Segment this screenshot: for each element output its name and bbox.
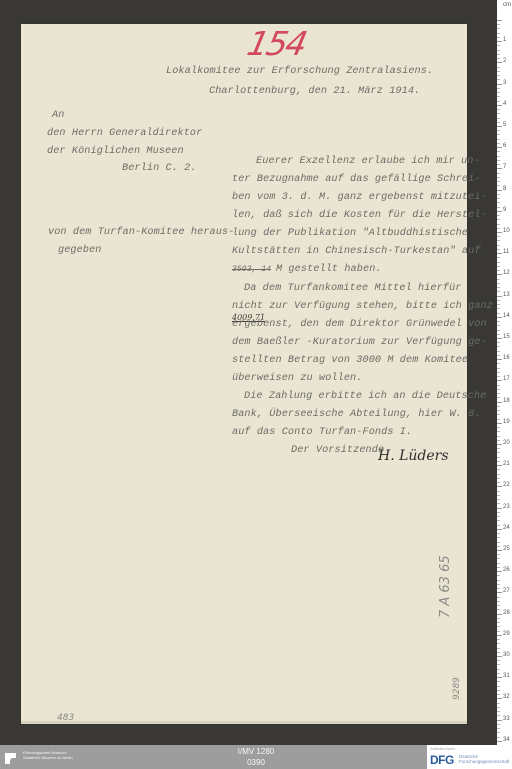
ruler-tick — [497, 50, 500, 51]
ruler-tick — [497, 537, 500, 538]
ruler-tick — [497, 414, 500, 415]
pencil-bottom-note: 483 — [57, 713, 74, 723]
ruler-tick — [497, 457, 500, 458]
ruler-tick — [497, 491, 500, 492]
ruler-tick — [497, 436, 500, 437]
ruler-tick — [497, 257, 500, 258]
ruler-tick — [497, 194, 500, 195]
recipient-line: der Königlichen Museen — [47, 146, 184, 157]
ruler-tick — [497, 626, 500, 627]
ruler-tick — [497, 664, 500, 665]
ruler-tick — [497, 45, 500, 46]
ruler-tick — [497, 554, 500, 555]
ruler-tick — [497, 486, 502, 487]
ruler-tick — [497, 88, 500, 89]
ruler-tick — [497, 317, 502, 318]
ruler-tick — [497, 41, 502, 42]
letterhead-date: Charlottenburg, den 21. März 1914. — [209, 86, 420, 97]
ruler-tick — [497, 478, 500, 479]
ruler-tick — [497, 571, 502, 572]
ruler-tick — [497, 71, 500, 72]
ruler-tick — [497, 62, 502, 63]
ruler-tick — [497, 542, 500, 543]
ruler-tick — [497, 33, 500, 34]
ruler-tick — [497, 134, 500, 135]
ruler-tick — [497, 694, 500, 695]
pencil-inventory-note: 7 A 63 65 — [438, 555, 453, 618]
ruler-tick — [497, 703, 500, 704]
ruler-tick — [497, 321, 500, 322]
ruler-label: 20 — [503, 440, 510, 446]
ruler-label: 34 — [503, 737, 510, 743]
ruler-label: 11 — [503, 249, 509, 255]
ruler-tick — [497, 597, 500, 598]
ruler-tick — [497, 240, 500, 241]
ruler-label: 25 — [503, 546, 510, 552]
ruler-tick — [497, 300, 500, 301]
ruler-tick — [497, 190, 502, 191]
ruler-tick — [497, 677, 502, 678]
ruler-tick — [497, 92, 500, 93]
ruler-label: 4 — [503, 101, 506, 107]
ruler-tick — [497, 732, 500, 733]
ruler-tick — [497, 520, 500, 521]
ruler-tick — [497, 143, 500, 144]
ruler-tick — [497, 406, 500, 407]
ruler-tick — [497, 359, 502, 360]
ruler-tick — [497, 151, 500, 152]
ruler-tick — [497, 105, 502, 106]
ruler-tick — [497, 673, 500, 674]
ruler-tick — [497, 380, 502, 381]
ruler-tick — [497, 448, 500, 449]
ruler-tick — [497, 164, 500, 165]
ruler-tick — [497, 266, 500, 267]
ruler-tick — [497, 635, 502, 636]
ruler-tick — [497, 84, 502, 85]
ruler-tick — [497, 469, 500, 470]
ruler-tick — [497, 512, 500, 513]
ruler-tick — [497, 168, 502, 169]
letterhead-organization: Lokalkomitee zur Erforschung Zentralasie… — [166, 66, 433, 77]
ruler-label: 31 — [503, 673, 510, 679]
ruler-tick — [497, 427, 500, 428]
ruler-label: 1 — [503, 37, 506, 43]
ruler-tick — [497, 113, 500, 114]
ruler-tick — [497, 122, 500, 123]
ruler-tick — [497, 185, 500, 186]
ruler-tick — [497, 219, 500, 220]
ruler-tick — [497, 614, 502, 615]
ruler-tick — [497, 147, 502, 148]
ruler-tick — [497, 368, 500, 369]
ruler-tick — [497, 232, 502, 233]
body-line: Da dem Turfankomitee Mittel hierfür — [244, 283, 461, 294]
ruler-label: 19 — [503, 419, 510, 425]
ruler-tick — [497, 533, 500, 534]
ruler-tick — [497, 215, 500, 216]
ruler-tick — [497, 274, 502, 275]
body-line: ergebenst, den dem Direktor Grünwedel vo… — [232, 319, 487, 330]
ruler-label: 33 — [503, 716, 510, 722]
body-line: stellten Betrag von 3000 M dem Komitee — [232, 355, 468, 366]
ruler-tick — [497, 711, 500, 712]
ruler-label: 12 — [503, 270, 510, 276]
ruler-tick — [497, 283, 500, 284]
ruler-tick — [497, 402, 502, 403]
ruler-tick — [497, 558, 500, 559]
ruler-tick — [497, 656, 502, 657]
ruler-tick — [497, 118, 500, 119]
ruler-tick — [497, 728, 500, 729]
ruler-label: 28 — [503, 610, 510, 616]
body-line: auf das Conto Turfan-Fonds I. — [232, 427, 412, 438]
dfg-logo-icon: DFG — [430, 753, 454, 767]
ruler-tick — [497, 28, 500, 29]
ruler-tick — [497, 550, 502, 551]
ruler-tick — [497, 363, 500, 364]
ruler-tick — [497, 648, 500, 649]
ruler-tick — [497, 423, 502, 424]
ruler-tick — [497, 681, 500, 682]
ruler-label: 29 — [503, 631, 510, 637]
ruler-tick — [497, 643, 500, 644]
body-line: len, daß sich die Kosten für die Herstel… — [232, 210, 487, 221]
ruler-label: 27 — [503, 588, 510, 594]
ruler-tick — [497, 291, 500, 292]
measurement-ruler: cm 1234567891011121314151617181920212223… — [497, 0, 512, 745]
ruler-tick — [497, 440, 500, 441]
ruler-label: 6 — [503, 143, 506, 149]
ruler-tick — [497, 334, 500, 335]
closing: Der Vorsitzende — [291, 445, 384, 456]
ruler-tick — [497, 431, 500, 432]
ruler-tick — [497, 270, 500, 271]
ruler-tick — [497, 101, 500, 102]
ruler-tick — [497, 109, 500, 110]
ruler-tick — [497, 287, 500, 288]
ruler-tick — [497, 245, 500, 246]
ruler-tick — [497, 372, 500, 373]
ruler-tick — [497, 584, 500, 585]
ruler-tick — [497, 715, 500, 716]
ruler-tick — [497, 609, 500, 610]
ruler-label: 24 — [503, 525, 510, 531]
ruler-tick — [497, 75, 500, 76]
ruler-label: 23 — [503, 504, 510, 510]
ruler-label: 30 — [503, 652, 510, 658]
ruler-tick — [497, 452, 500, 453]
ruler-label: 22 — [503, 482, 510, 488]
ruler-tick — [497, 279, 500, 280]
ruler-tick — [497, 622, 500, 623]
ruler-tick — [497, 173, 500, 174]
ruler-tick — [497, 37, 500, 38]
ruler-tick — [497, 139, 500, 140]
recipient-line: Berlin C. 2. — [122, 163, 197, 174]
ruler-tick — [497, 631, 500, 632]
ruler-tick — [497, 618, 500, 619]
ruler-tick — [497, 588, 500, 589]
ruler-tick — [497, 503, 500, 504]
ruler-tick — [497, 177, 500, 178]
body-line: lung der Publikation "Altbuddhistische — [232, 228, 468, 239]
ruler-tick — [497, 211, 502, 212]
ruler-label: 26 — [503, 567, 510, 573]
ruler-tick — [497, 461, 500, 462]
recipient-line: An — [52, 110, 64, 121]
ruler-tick — [497, 20, 502, 21]
ruler-tick — [497, 686, 500, 687]
ruler-tick — [497, 181, 500, 182]
body-line: überweisen zu wollen. — [232, 373, 362, 384]
body-line: M gestellt haben. — [276, 264, 382, 275]
ruler-label: 5 — [503, 122, 506, 128]
ruler-tick — [497, 236, 500, 237]
ruler-tick — [497, 482, 500, 483]
ruler-tick — [497, 393, 500, 394]
ruler-tick — [497, 495, 500, 496]
body-line: Kultstätten in Chinesisch-Turkestan" auf — [232, 246, 481, 257]
ruler-tick — [497, 313, 500, 314]
ruler-tick — [497, 253, 502, 254]
ruler-tick — [497, 224, 500, 225]
signature: H. Lüders — [378, 448, 449, 464]
ruler-tick — [497, 296, 502, 297]
dfg-funding-badge: Gefördert durch DFG Deutsche Forschungsg… — [427, 745, 512, 769]
ruler-label: 2 — [503, 58, 506, 64]
ruler-tick — [497, 444, 502, 445]
ruler-label: 13 — [503, 292, 510, 298]
ruler-tick — [497, 720, 502, 721]
ruler-tick — [497, 249, 500, 250]
ruler-tick — [497, 228, 500, 229]
ruler-tick — [497, 54, 500, 55]
struck-amount: 3503, 14 — [232, 265, 271, 274]
ruler-unit: cm — [503, 2, 511, 8]
body-line: nicht zur Verfügung stehen, bitte ich ga… — [232, 301, 493, 312]
body-line: Bank, Überseeische Abteilung, hier W. 8. — [232, 409, 481, 420]
ruler-tick — [497, 669, 500, 670]
ruler-label: 14 — [503, 313, 510, 319]
ruler-tick — [497, 342, 500, 343]
ruler-tick — [497, 724, 500, 725]
ruler-tick — [497, 198, 500, 199]
ruler-label: 8 — [503, 186, 506, 192]
ruler-tick — [497, 207, 500, 208]
ruler-tick — [497, 639, 500, 640]
ruler-tick — [497, 330, 500, 331]
ruler-tick — [497, 389, 500, 390]
ruler-label: 15 — [503, 334, 510, 340]
ruler-label: 21 — [503, 461, 510, 467]
ruler-tick — [497, 338, 502, 339]
ruler-label: 3 — [503, 80, 506, 86]
ruler-tick — [497, 325, 500, 326]
ruler-label: 17 — [503, 376, 510, 382]
ruler-tick — [497, 690, 500, 691]
ruler-tick — [497, 465, 502, 466]
ruler-label: 18 — [503, 398, 510, 404]
ruler-tick — [497, 737, 500, 738]
ruler-tick — [497, 24, 500, 25]
ruler-tick — [497, 397, 500, 398]
ruler-label: 10 — [503, 228, 510, 234]
ruler-tick — [497, 546, 500, 547]
ruler-tick — [497, 67, 500, 68]
ruler-tick — [497, 410, 500, 411]
ruler-tick — [497, 474, 500, 475]
ruler-tick — [497, 741, 502, 742]
ruler-tick — [497, 385, 500, 386]
margin-note: von dem Turfan-Komitee heraus- — [48, 227, 234, 238]
ruler-tick — [497, 575, 500, 576]
ruler-tick — [497, 529, 502, 530]
ruler-tick — [497, 660, 500, 661]
ruler-tick — [497, 79, 500, 80]
ruler-tick — [497, 508, 502, 509]
ruler-label: 9 — [503, 207, 506, 213]
body-line: dem Baeßler -Kuratorium zur Verfügung ge… — [232, 337, 487, 348]
ruler-tick — [497, 563, 500, 564]
ruler-tick — [497, 707, 500, 708]
ruler-tick — [497, 304, 500, 305]
ruler-tick — [497, 262, 500, 263]
body-line: Euerer Exzellenz erlaube ich mir un- — [256, 156, 480, 167]
body-line: Die Zahlung erbitte ich an die Deutsche — [244, 391, 486, 402]
ruler-tick — [497, 499, 500, 500]
ruler-tick — [497, 592, 502, 593]
ruler-tick — [497, 126, 502, 127]
ruler-tick — [497, 130, 500, 131]
ruler-tick — [497, 605, 500, 606]
ruler-tick — [497, 601, 500, 602]
pencil-number: 9289 — [452, 677, 462, 700]
ruler-tick — [497, 351, 500, 352]
ruler-tick — [497, 525, 500, 526]
ruler-label: 16 — [503, 355, 510, 361]
margin-note: gegeben — [58, 245, 102, 256]
ruler-tick — [497, 376, 500, 377]
ruler-label: 32 — [503, 694, 510, 700]
ruler-tick — [497, 160, 500, 161]
ruler-tick — [497, 202, 500, 203]
ruler-label: 7 — [503, 164, 506, 170]
ruler-tick — [497, 652, 500, 653]
archive-number: 154 — [244, 24, 309, 63]
ruler-tick — [497, 698, 502, 699]
ruler-tick — [497, 355, 500, 356]
body-line: ter Bezugnahme auf das gefällige Schrei- — [232, 174, 481, 185]
ruler-tick — [497, 567, 500, 568]
ruler-tick — [497, 96, 500, 97]
ruler-tick — [497, 580, 500, 581]
ruler-tick — [497, 419, 500, 420]
ruler-tick — [497, 308, 500, 309]
recipient-line: den Herrn Generaldirektor — [47, 128, 202, 139]
ruler-tick — [497, 346, 500, 347]
ruler-tick — [497, 156, 500, 157]
ruler-tick — [497, 58, 500, 59]
ruler-tick — [497, 516, 500, 517]
body-line: ben vom 3. d. M. ganz ergebenst mitzutei… — [232, 192, 487, 203]
